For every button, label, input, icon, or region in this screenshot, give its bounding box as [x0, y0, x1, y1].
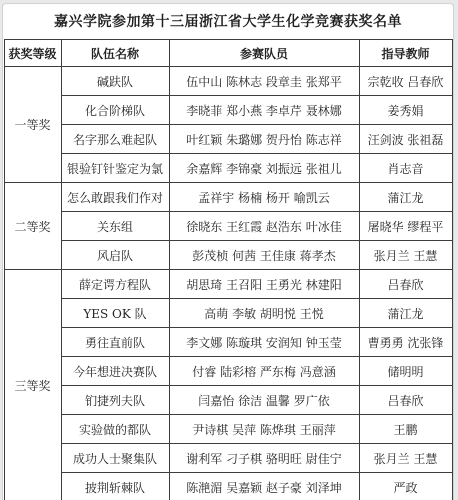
- team-name-cell: 化合阶梯队: [61, 96, 169, 125]
- team-name-cell: 钔捷列夫队: [61, 386, 169, 415]
- table-row: 钔捷列夫队闫嘉怡 徐洁 温馨 罗广依吕春欣: [4, 386, 452, 415]
- members-cell: 徐晓东 王红霞 赵浩东 叶冰佳: [169, 212, 359, 241]
- advisors-cell: 蒲江龙: [359, 183, 452, 212]
- header-row: 获奖等级 队伍名称 参赛队员 指导教师: [4, 40, 452, 67]
- advisors-cell: 曹勇勇 沈张锋: [359, 328, 452, 357]
- advisors-cell: 吕春欣: [359, 386, 452, 415]
- team-name-cell: 薛定谔方程队: [61, 270, 169, 299]
- table-row: 今年想进决赛队付睿 陆彩榕 严东梅 冯意涵储明明: [4, 357, 452, 386]
- document-title: 嘉兴学院参加第十三届浙江省大学生化学竞赛获奖名单: [3, 11, 453, 31]
- advisors-cell: 储明明: [359, 357, 452, 386]
- advisors-cell: 蒲江龙: [359, 299, 452, 328]
- team-name-cell: 怎么敢跟我们作对: [61, 183, 169, 212]
- award-level-cell: 二等奖: [4, 183, 61, 270]
- members-cell: 余嘉辉 李锦豪 刘振远 张祖儿: [169, 154, 359, 183]
- award-level-cell: 一等奖: [4, 67, 61, 183]
- advisors-cell: 汪剑波 张祖磊: [359, 125, 452, 154]
- members-cell: 彭茂桢 何茜 王佳康 蒋孝杰: [169, 241, 359, 270]
- advisors-cell: 张月兰 王慧: [359, 241, 452, 270]
- team-name-cell: 关东组: [61, 212, 169, 241]
- advisors-cell: 张月兰 王慧: [359, 444, 452, 473]
- team-name-cell: 碱趺队: [61, 67, 169, 96]
- advisors-cell: 吕春欣: [359, 270, 452, 299]
- members-cell: 叶红颖 朱璐娜 贺丹怡 陈志祥: [169, 125, 359, 154]
- header-team-name: 队伍名称: [61, 40, 169, 67]
- document-page: 嘉兴学院参加第十三届浙江省大学生化学竞赛获奖名单 获奖等级 队伍名称 参赛队员 …: [2, 3, 454, 500]
- advisors-cell: 宗乾收 吕春欣: [359, 67, 452, 96]
- award-table-body: 一等奖碱趺队伍中山 陈林志 段章圭 张郑平宗乾收 吕春欣化合阶梯队李晓菲 郑小燕…: [4, 67, 452, 500]
- table-row: YES OK 队高萌 李敏 胡明悦 王悦蒲江龙: [4, 299, 452, 328]
- table-row: 一等奖碱趺队伍中山 陈林志 段章圭 张郑平宗乾收 吕春欣: [4, 67, 452, 96]
- members-cell: 孟祥宇 杨楠 杨开 喻凯云: [169, 183, 359, 212]
- team-name-cell: 披荆斩棘队: [61, 473, 169, 500]
- team-name-cell: 实验做的都队: [61, 415, 169, 444]
- team-name-cell: 今年想进决赛队: [61, 357, 169, 386]
- table-row: 风启队彭茂桢 何茜 王佳康 蒋孝杰张月兰 王慧: [4, 241, 452, 270]
- team-name-cell: 银验钉针鉴定为氯: [61, 154, 169, 183]
- advisors-cell: 肖志音: [359, 154, 452, 183]
- members-cell: 胡思琦 王召阳 王勇光 林建阳: [169, 270, 359, 299]
- team-name-cell: 勇往直前队: [61, 328, 169, 357]
- table-row: 实验做的都队尹诗棋 吴萍 陈烨琪 王丽萍王鹏: [4, 415, 452, 444]
- award-level-cell: 三等奖: [4, 270, 61, 500]
- members-cell: 谢利军 刁子棋 骆明旺 尉佳宁: [169, 444, 359, 473]
- table-row: 银验钉针鉴定为氯余嘉辉 李锦豪 刘振远 张祖儿肖志音: [4, 154, 452, 183]
- table-row: 勇往直前队李文娜 陈璇琪 安润知 钟玉莹曹勇勇 沈张锋: [4, 328, 452, 357]
- header-advisors: 指导教师: [359, 40, 452, 67]
- table-row: 三等奖薛定谔方程队胡思琦 王召阳 王勇光 林建阳吕春欣: [4, 270, 452, 299]
- table-row: 关东组徐晓东 王红霞 赵浩东 叶冰佳屠晓华 缪程平: [4, 212, 452, 241]
- members-cell: 陈滟湄 吴嘉颖 赵子豪 刘泽坤: [169, 473, 359, 500]
- header-award-level: 获奖等级: [4, 40, 61, 67]
- table-row: 披荆斩棘队陈滟湄 吴嘉颖 赵子豪 刘泽坤严政: [4, 473, 452, 500]
- table-row: 名字那么难起队叶红颖 朱璐娜 贺丹怡 陈志祥汪剑波 张祖磊: [4, 125, 452, 154]
- advisors-cell: 姜秀娟: [359, 96, 452, 125]
- members-cell: 付睿 陆彩榕 严东梅 冯意涵: [169, 357, 359, 386]
- members-cell: 闫嘉怡 徐洁 温馨 罗广依: [169, 386, 359, 415]
- team-name-cell: YES OK 队: [61, 299, 169, 328]
- advisors-cell: 严政: [359, 473, 452, 500]
- members-cell: 李文娜 陈璇琪 安润知 钟玉莹: [169, 328, 359, 357]
- members-cell: 高萌 李敏 胡明悦 王悦: [169, 299, 359, 328]
- team-name-cell: 成功人士聚集队: [61, 444, 169, 473]
- members-cell: 伍中山 陈林志 段章圭 张郑平: [169, 67, 359, 96]
- advisors-cell: 王鹏: [359, 415, 452, 444]
- team-name-cell: 风启队: [61, 241, 169, 270]
- table-row: 化合阶梯队李晓菲 郑小燕 李卓芹 聂林娜姜秀娟: [4, 96, 452, 125]
- award-table: 获奖等级 队伍名称 参赛队员 指导教师 一等奖碱趺队伍中山 陈林志 段章圭 张郑…: [4, 39, 453, 500]
- team-name-cell: 名字那么难起队: [61, 125, 169, 154]
- table-row: 成功人士聚集队谢利军 刁子棋 骆明旺 尉佳宁张月兰 王慧: [4, 444, 452, 473]
- advisors-cell: 屠晓华 缪程平: [359, 212, 452, 241]
- members-cell: 李晓菲 郑小燕 李卓芹 聂林娜: [169, 96, 359, 125]
- members-cell: 尹诗棋 吴萍 陈烨琪 王丽萍: [169, 415, 359, 444]
- header-members: 参赛队员: [169, 40, 359, 67]
- table-row: 二等奖怎么敢跟我们作对孟祥宇 杨楠 杨开 喻凯云蒲江龙: [4, 183, 452, 212]
